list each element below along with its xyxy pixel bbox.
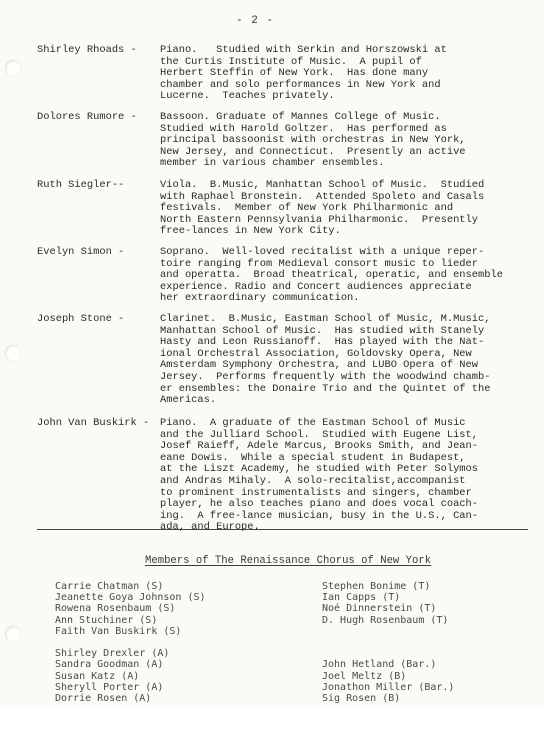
bio-description: Piano. A graduate of the Eastman School … (160, 418, 530, 534)
chorus-member: Sandra Goodman (A) (55, 659, 206, 670)
bio-line: her extraordinary communication. (160, 293, 530, 305)
hole-punch-bottom (5, 626, 21, 642)
chorus-members-left-column: Carrie Chatman (S)Jeanette Goya Johnson … (55, 581, 206, 704)
bio-line: Jersey. Performs frequently with the woo… (160, 372, 530, 384)
bio-line: Soprano. Well-loved recitalist with a un… (160, 247, 530, 259)
bio-description: Bassoon. Graduate of Mannes College of M… (160, 112, 530, 170)
chorus-member (322, 626, 454, 637)
chorus-member: John Hetland (Bar.) (322, 659, 454, 670)
chorus-member: Stephen Bonime (T) (322, 581, 454, 592)
chorus-member (322, 637, 454, 648)
chorus-member (55, 637, 206, 648)
bio-line: member in various chamber ensembles. (160, 158, 530, 170)
bio-name: Joseph Stone - (37, 314, 124, 326)
bio-line: Piano. Studied with Serkin and Horszowsk… (160, 45, 530, 57)
chorus-member: Noé Dinnerstein (T) (322, 603, 454, 614)
bio-line: Viola. B.Music, Manhattan School of Musi… (160, 180, 530, 192)
bio-name: Evelyn Simon - (37, 247, 124, 259)
chorus-member: Ann Stuchiner (S) (55, 615, 206, 626)
bio-description: Viola. B.Music, Manhattan School of Musi… (160, 180, 530, 238)
bio-line: player, he also teaches piano and does v… (160, 499, 530, 511)
hole-punch-top (5, 60, 21, 76)
chorus-member (322, 648, 454, 659)
bio-line: and Andras Mihaly. A solo-recitalist,acc… (160, 476, 530, 488)
bio-description: Soprano. Well-loved recitalist with a un… (160, 247, 530, 305)
chorus-member: D. Hugh Rosenbaum (T) (322, 615, 454, 626)
bio-line: Bassoon. Graduate of Mannes College of M… (160, 112, 530, 124)
chorus-member: Sig Rosen (B) (322, 693, 454, 704)
chorus-members-right-column: Stephen Bonime (T)Ian Capps (T)Noé Dinne… (322, 581, 454, 704)
bio-line: Lucerne. Teaches privately. (160, 91, 530, 103)
chorus-member: Ian Capps (T) (322, 592, 454, 603)
chorus-member: Shirley Drexler (A) (55, 648, 206, 659)
chorus-member: Faith Van Buskirk (S) (55, 626, 206, 637)
bio-line: Piano. A graduate of the Eastman School … (160, 418, 530, 430)
bio-line: free-lances in New York City. (160, 226, 530, 238)
bio-line: Clarinet. B.Music, Eastman School of Mus… (160, 314, 530, 326)
chorus-member: Sheryll Porter (A) (55, 682, 206, 693)
page-number: - 2 - (236, 15, 316, 27)
bio-name: Shirley Rhoads - (37, 45, 137, 57)
chorus-heading: Members of The Renaissance Chorus of New… (145, 555, 431, 567)
horizontal-rule (37, 529, 528, 530)
chorus-member: Susan Katz (A) (55, 671, 206, 682)
bio-name: John Van Buskirk - (37, 418, 149, 430)
chorus-member: Carrie Chatman (S) (55, 581, 206, 592)
chorus-member: Joel Meltz (B) (322, 671, 454, 682)
chorus-member: Rowena Rosenbaum (S) (55, 603, 206, 614)
hole-punch-middle (5, 345, 21, 361)
bio-line: Americas. (160, 395, 530, 407)
chorus-member: Dorrie Rosen (A) (55, 693, 206, 704)
chorus-member: Jeanette Goya Johnson (S) (55, 592, 206, 603)
bio-description: Piano. Studied with Serkin and Horszowsk… (160, 45, 530, 103)
bio-name: Dolores Rumore - (37, 112, 137, 124)
chorus-member: Jonathon Miller (Bar.) (322, 682, 454, 693)
bio-description: Clarinet. B.Music, Eastman School of Mus… (160, 314, 530, 407)
bio-name: Ruth Siegler-- (37, 180, 124, 192)
